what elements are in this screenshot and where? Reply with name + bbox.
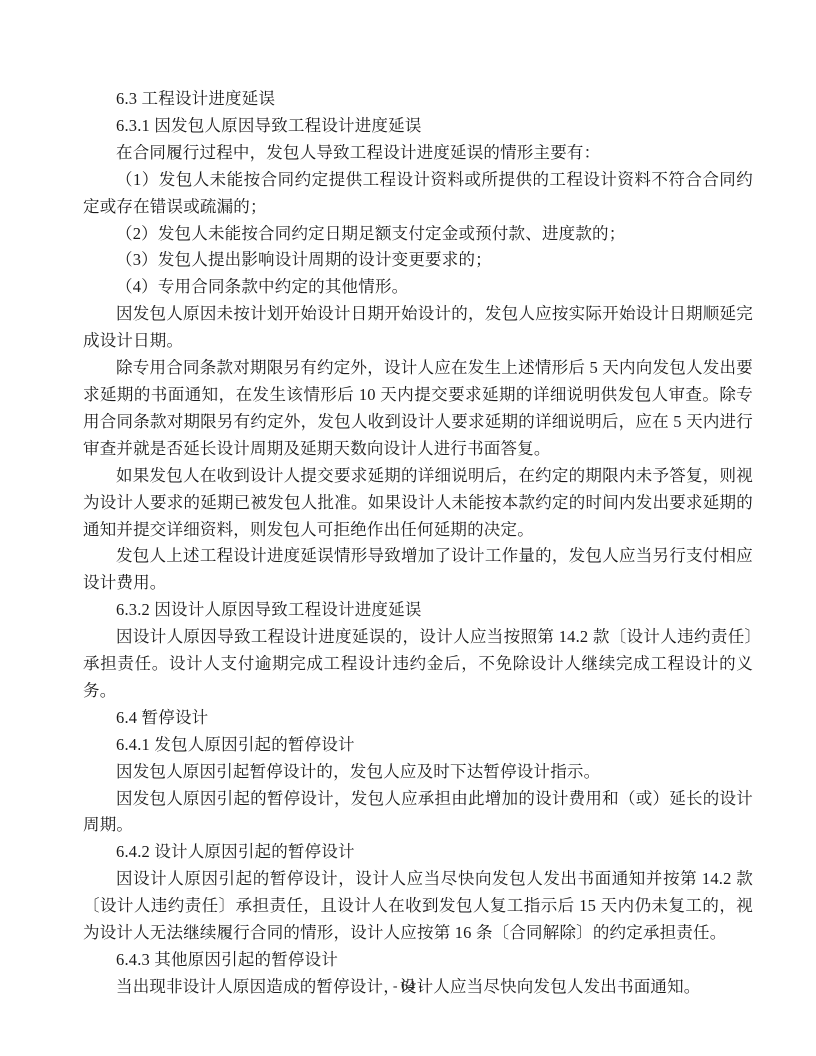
page-number: - 64 -: [0, 978, 816, 996]
paragraph: 因发包人原因未按计划开始设计日期开始设计的，发包人应按实际开始设计日期顺延完成设…: [83, 301, 753, 355]
paragraph: 在合同履行过程中，发包人导致工程设计进度延误的情形主要有：: [83, 140, 753, 167]
paragraph: 因发包人原因引起暂停设计的，发包人应及时下达暂停设计指示。: [83, 759, 753, 786]
section-heading: 6.4 暂停设计: [83, 705, 753, 732]
paragraph: 发包人上述工程设计进度延误情形导致增加了设计工作量的，发包人应当另行支付相应设计…: [83, 543, 753, 597]
section-heading: 6.3 工程设计进度延误: [83, 86, 753, 113]
section-heading: 6.4.2 设计人原因引起的暂停设计: [83, 839, 753, 866]
paragraph: 因设计人原因导致工程设计进度延误的，设计人应当按照第 14.2 款〔设计人违约责…: [83, 624, 753, 705]
document-page: 6.3 工程设计进度延误6.3.1 因发包人原因导致工程设计进度延误在合同履行过…: [0, 0, 816, 1056]
section-heading: 6.3.2 因设计人原因导致工程设计进度延误: [83, 597, 753, 624]
document-body: 6.3 工程设计进度延误6.3.1 因发包人原因导致工程设计进度延误在合同履行过…: [83, 86, 753, 1001]
section-heading: 6.4.3 其他原因引起的暂停设计: [83, 947, 753, 974]
paragraph: 因发包人原因引起的暂停设计，发包人应承担由此增加的设计费用和（或）延长的设计周期…: [83, 786, 753, 840]
paragraph: （3）发包人提出影响设计周期的设计变更要求的；: [83, 247, 753, 274]
section-heading: 6.3.1 因发包人原因导致工程设计进度延误: [83, 113, 753, 140]
paragraph: 如果发包人在收到设计人提交要求延期的详细说明后，在约定的期限内未予答复，则视为设…: [83, 463, 753, 544]
paragraph: （1）发包人未能按合同约定提供工程设计资料或所提供的工程设计资料不符合合同约定或…: [83, 167, 753, 221]
section-heading: 6.4.1 发包人原因引起的暂停设计: [83, 732, 753, 759]
paragraph: （2）发包人未能按合同约定日期足额支付定金或预付款、进度款的；: [83, 221, 753, 248]
paragraph: 除专用合同条款对期限另有约定外，设计人应在发生上述情形后 5 天内向发包人发出要…: [83, 355, 753, 463]
paragraph: （4）专用合同条款中约定的其他情形。: [83, 274, 753, 301]
paragraph: 因设计人原因引起的暂停设计，设计人应当尽快向发包人发出书面通知并按第 14.2 …: [83, 866, 753, 947]
